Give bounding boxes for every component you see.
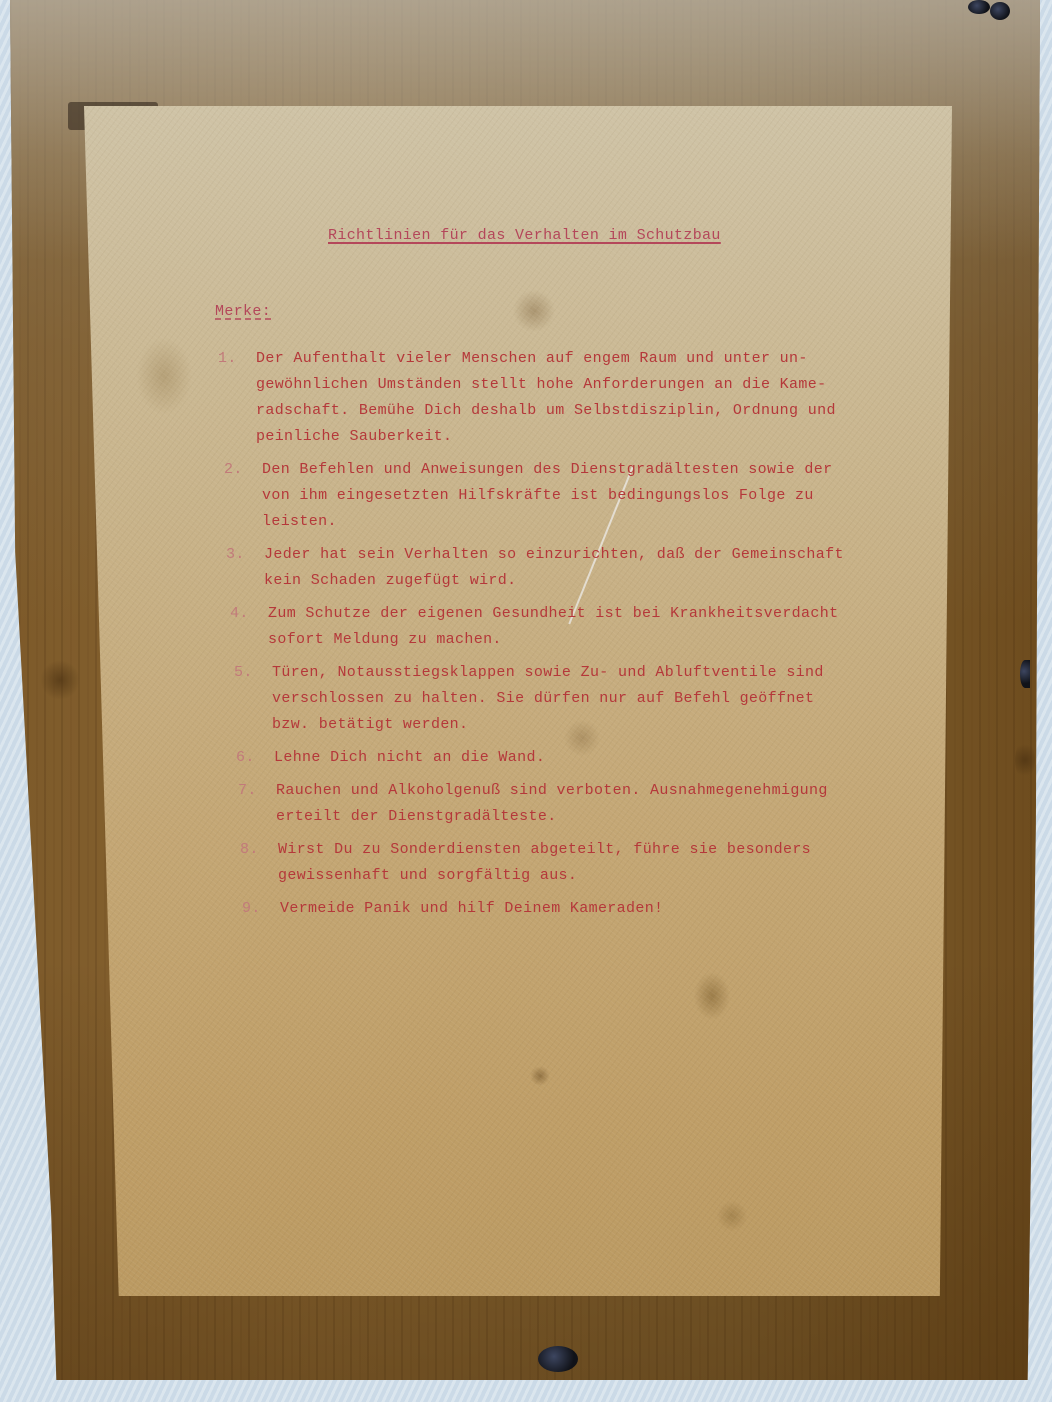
item-line: Türen, Notausstiegsklappen sowie Zu- und… [272,660,824,686]
item-text: Jeder hat sein Verhalten so einzurichten… [264,542,844,594]
item-line: Zum Schutze der eigenen Gesundheit ist b… [268,601,838,627]
item-number: 7. [238,778,276,830]
list-item: 8.Wirst Du zu Sonderdiensten abgeteilt, … [240,837,844,889]
mounting-screw-icon [968,0,990,14]
document-title: Richtlinien für das Verhalten im Schutzb… [328,223,721,249]
item-line: Vermeide Panik und hilf Deinem Kameraden… [280,896,663,922]
item-number: 4. [230,601,268,653]
item-text: Türen, Notausstiegsklappen sowie Zu- und… [272,660,824,738]
item-text: Wirst Du zu Sonderdiensten abgeteilt, fü… [278,837,811,889]
item-number: 1. [218,346,256,450]
item-line: gewöhnlichen Umständen stellt hohe Anfor… [256,372,836,398]
list-item: 6.Lehne Dich nicht an die Wand. [236,745,844,771]
item-line: peinliche Sauberkeit. [256,424,836,450]
item-line: leisten. [262,509,832,535]
list-item: 3.Jeder hat sein Verhalten so einzuricht… [226,542,844,594]
mounting-screw-icon [990,2,1010,20]
item-number: 9. [242,896,280,922]
edge-hole-icon [1020,660,1030,688]
item-number: 6. [236,745,274,771]
list-item: 1.Der Aufenthalt vieler Menschen auf eng… [218,346,844,450]
wood-knot [1015,740,1035,780]
item-number: 8. [240,837,278,889]
item-line: Rauchen und Alkoholgenuß sind verboten. … [276,778,828,804]
item-line: Lehne Dich nicht an die Wand. [274,745,545,771]
item-line: Jeder hat sein Verhalten so einzurichten… [264,542,844,568]
section-label: Merke: [215,299,271,325]
rules-list: 1.Der Aufenthalt vieler Menschen auf eng… [218,346,844,929]
item-line: sofort Meldung zu machen. [268,627,838,653]
wood-knot [40,660,80,700]
item-line: bzw. betätigt werden. [272,712,824,738]
item-number: 5. [234,660,272,738]
item-line: von ihm eingesetzten Hilfskräfte ist bed… [262,483,832,509]
item-line: radschaft. Bemühe Dich deshalb um Selbst… [256,398,836,424]
item-number: 3. [226,542,264,594]
item-line: Den Befehlen und Anweisungen des Dienstg… [262,457,832,483]
item-number: 2. [224,457,262,535]
item-text: Der Aufenthalt vieler Menschen auf engem… [256,346,836,450]
item-line: gewissenhaft und sorgfältig aus. [278,863,811,889]
item-line: verschlossen zu halten. Sie dürfen nur a… [272,686,824,712]
list-item: 5.Türen, Notausstiegsklappen sowie Zu- u… [234,660,844,738]
item-text: Lehne Dich nicht an die Wand. [274,745,545,771]
item-line: Wirst Du zu Sonderdiensten abgeteilt, fü… [278,837,811,863]
list-item: 2.Den Befehlen und Anweisungen des Diens… [224,457,844,535]
typed-document: Richtlinien für das Verhalten im Schutzb… [84,106,952,1296]
item-text: Vermeide Panik und hilf Deinem Kameraden… [280,896,663,922]
item-line: kein Schaden zugefügt wird. [264,568,844,594]
list-item: 9.Vermeide Panik und hilf Deinem Kamerad… [242,896,844,922]
list-item: 4.Zum Schutze der eigenen Gesundheit ist… [230,601,844,653]
list-item: 7.Rauchen und Alkoholgenuß sind verboten… [238,778,844,830]
item-text: Rauchen und Alkoholgenuß sind verboten. … [276,778,828,830]
item-line: Der Aufenthalt vieler Menschen auf engem… [256,346,836,372]
item-line: erteilt der Dienstgradälteste. [276,804,828,830]
mounting-screw-icon [538,1346,578,1372]
item-text: Den Befehlen und Anweisungen des Dienstg… [262,457,832,535]
item-text: Zum Schutze der eigenen Gesundheit ist b… [268,601,838,653]
